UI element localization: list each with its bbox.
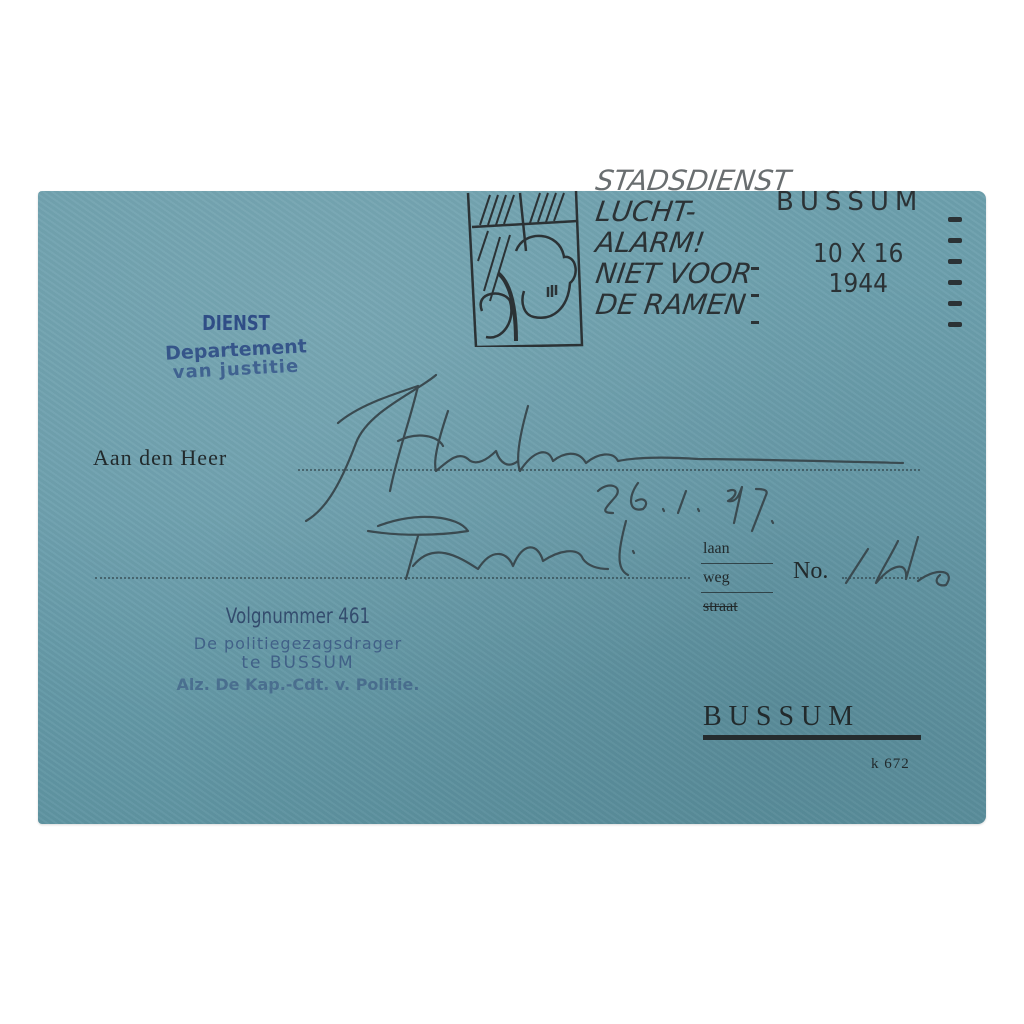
street-option-laan: laan — [701, 535, 773, 564]
handwritten-street — [368, 517, 634, 579]
police-stamp-signatory: Alz. De Kap.-Cdt. v. Politie. — [138, 675, 458, 694]
street-option-weg: weg — [701, 564, 773, 593]
postmark-cancel-bars — [948, 217, 964, 343]
handwritten-name — [306, 375, 436, 521]
postmark-year: 1944 — [813, 269, 903, 299]
salutation-label: Aan den Heer — [93, 445, 227, 471]
postmark-partial-text: STADSDIENST — [594, 165, 792, 196]
street-option-straat: straat — [701, 593, 773, 621]
postmark: STADSDIENST LUCHT- ALARM! NIET VOOR DE R… — [461, 187, 981, 357]
sender-stamp: DIENST Departement van justitie — [116, 311, 356, 380]
police-stamp-sequence: Volgnummer 461 — [170, 604, 426, 628]
postmark-date: 10 X 16 1944 — [813, 239, 903, 299]
postmark-slogan-line: NIET VOOR — [594, 258, 754, 289]
street-type-options: laan weg straat — [701, 535, 773, 621]
postmark-slogan-line: DE RAMEN — [594, 289, 748, 320]
police-stamp-town: te BUSSUM — [138, 653, 458, 673]
form-code: k 672 — [871, 756, 910, 773]
postmark-slogan-line: ALARM! — [594, 227, 707, 258]
house-number-label: No. — [793, 558, 828, 585]
postmark-town: BUSSUM — [776, 187, 923, 217]
postmark-cancel-ticks — [751, 267, 761, 348]
handwritten-date — [598, 483, 773, 531]
air-raid-illustration-icon — [464, 191, 586, 347]
sender-stamp-dienst: DIENST — [138, 311, 335, 335]
police-stamp: Volgnummer 461 De politiegezagsdrager te… — [138, 604, 458, 694]
postmark-slogan-line: LUCHT- — [594, 196, 698, 227]
name-dotted-line — [298, 469, 920, 471]
number-dotted-line — [842, 577, 922, 579]
police-stamp-authority: De politiegezagsdrager — [138, 634, 458, 653]
postmark-day-month: 10 X 16 — [813, 239, 903, 269]
postcard: STADSDIENST LUCHT- ALARM! NIET VOOR DE R… — [38, 191, 986, 824]
city-label: BUSSUM — [703, 701, 921, 740]
street-dotted-line — [95, 577, 690, 579]
